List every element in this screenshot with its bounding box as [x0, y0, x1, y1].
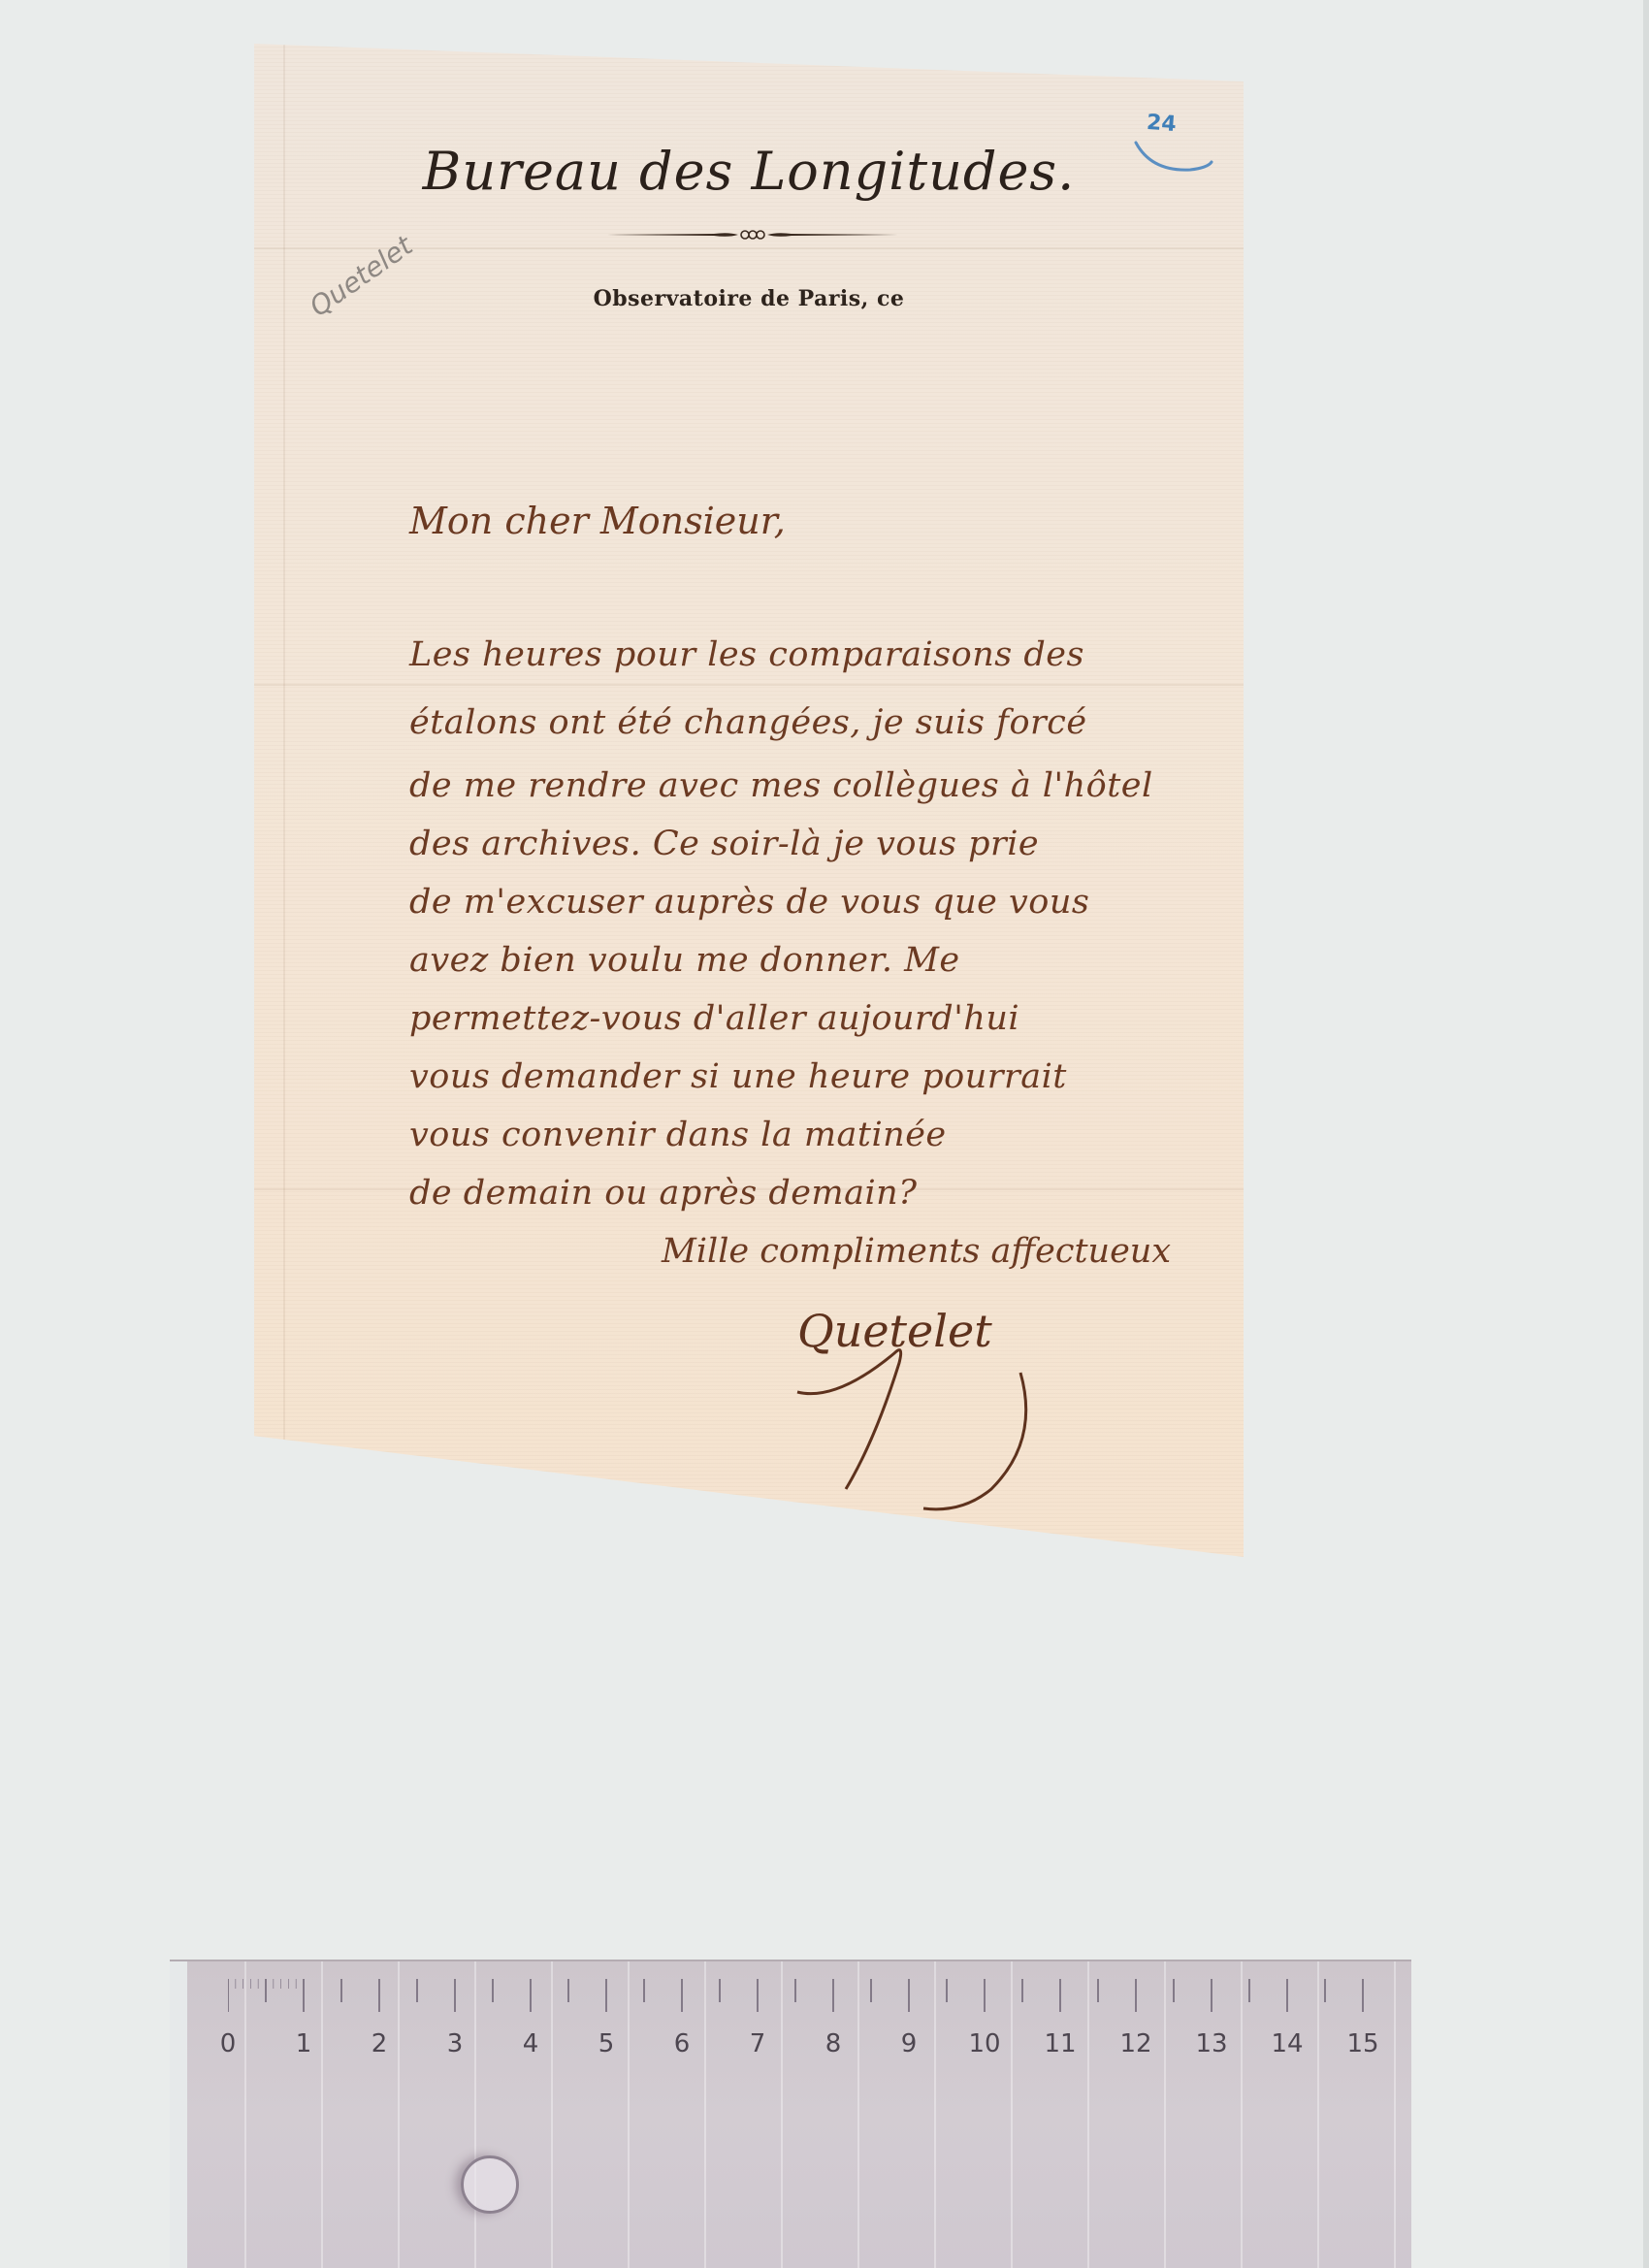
ruler-label: 9: [901, 2029, 918, 2058]
body-line: avez bien voulu me donner. Me: [409, 941, 960, 980]
ruler-hole: [461, 2155, 519, 2214]
letterhead-title: Bureau des Longitudes.: [254, 141, 1244, 202]
scan-edge: [1643, 0, 1649, 2268]
ruler-label: 10: [968, 2029, 1000, 2058]
body-line: vous convenir dans la matinée: [409, 1116, 947, 1154]
scale-ruler: 0 1 2 3 4 5 6 7 8 9 10 11 12 13 14 15: [170, 1960, 1411, 2268]
archive-mark-icon: [1132, 121, 1219, 179]
body-line: étalons ont été changées, je suis forcé: [409, 703, 1087, 742]
ruler-label: 13: [1195, 2029, 1227, 2058]
ruler-edge: [170, 1961, 187, 2268]
letter-sheet: Bureau des Longitudes. Observatoire de P…: [254, 44, 1244, 1557]
closing: Mille compliments affectueux: [662, 1232, 1171, 1271]
ruler-ticks-icon: [228, 1979, 1392, 2018]
fold-line: [254, 684, 1244, 686]
body-line: de m'excuser auprès de vous que vous: [409, 883, 1089, 922]
ruler-label: 4: [523, 2029, 539, 2058]
body-line: vous demander si une heure pourrait: [409, 1057, 1067, 1096]
body-line: des archives. Ce soir-là je vous prie: [409, 825, 1039, 863]
letterhead-place: Observatoire de Paris, ce: [254, 286, 1244, 311]
body-line: Les heures pour les comparaisons des: [409, 635, 1084, 674]
ruler-label: 8: [825, 2029, 842, 2058]
ruler-label: 0: [220, 2029, 237, 2058]
ruler-label: 2: [372, 2029, 388, 2058]
signature: Quetelet: [797, 1305, 992, 1357]
ruler-label: 3: [447, 2029, 464, 2058]
salutation: Mon cher Monsieur,: [409, 500, 786, 542]
ruler-label: 11: [1044, 2029, 1076, 2058]
body-line: de me rendre avec mes collègues à l'hôte…: [409, 766, 1153, 805]
ruler-label: 7: [750, 2029, 766, 2058]
ruler-label: 15: [1346, 2029, 1378, 2058]
ruler-label: 6: [674, 2029, 691, 2058]
body-line: de demain ou après demain?: [409, 1174, 918, 1213]
ruler-label: 14: [1271, 2029, 1303, 2058]
fold-line-vertical: [283, 44, 285, 1557]
ruler-label: 12: [1119, 2029, 1151, 2058]
letterhead-ornament-icon: [607, 228, 898, 242]
ruler-label: 5: [598, 2029, 615, 2058]
ruler-label: 1: [296, 2029, 312, 2058]
body-line: permettez-vous d'aller aujourd'hui: [409, 999, 1019, 1038]
